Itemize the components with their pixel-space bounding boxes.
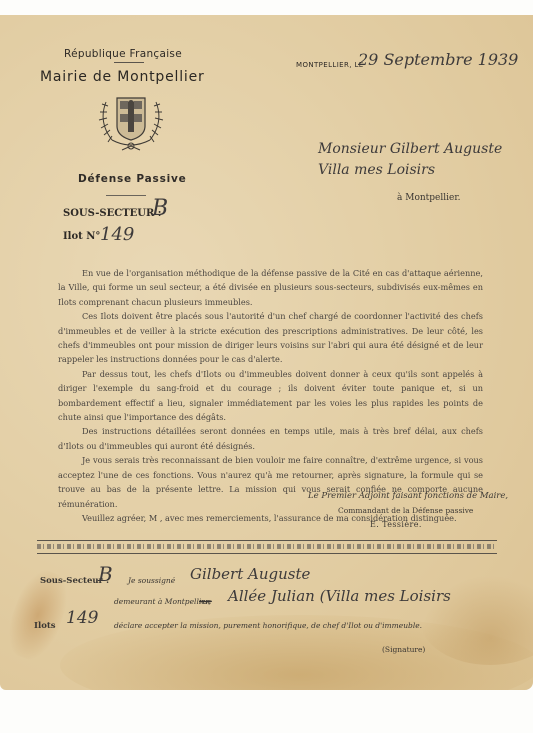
form-je-soussigne: Je soussigné xyxy=(128,576,175,585)
dateline-value: 29 Septembre 1939 xyxy=(358,50,518,69)
paragraph: Des instructions détaillées seront donné… xyxy=(58,424,483,453)
recipient-city: à Montpellier. xyxy=(397,193,461,203)
ilot-value: 149 xyxy=(100,224,134,245)
form-signature-label: (Signature) xyxy=(382,645,425,654)
recipient-address: Villa mes Loisirs xyxy=(318,162,435,178)
dateline-label: MONTPELLIER, LE xyxy=(296,61,364,69)
republic-heading: République Française xyxy=(64,48,182,60)
form-ilots-value: 149 xyxy=(66,608,98,628)
divider-line xyxy=(37,553,497,554)
recipient-name: Monsieur Gilbert Auguste xyxy=(318,141,502,157)
paragraph: En vue de l'organisation méthodique de l… xyxy=(58,266,483,309)
divider-chain xyxy=(37,544,497,549)
department-heading: Défense Passive xyxy=(78,173,187,185)
sous-secteur-value: B xyxy=(152,196,168,221)
form-declaration: déclare accepter la mission, purement ho… xyxy=(114,621,422,630)
divider-line xyxy=(37,540,497,541)
coat-of-arms-icon xyxy=(92,92,170,156)
signatory-name: E. Tessière. xyxy=(370,520,422,529)
signatory-title: Le Premier Adjoint faisant fonctions de … xyxy=(308,491,508,501)
form-rue-struck: rue xyxy=(199,597,212,606)
paragraph: Ces Ilots doivent être placés sous l'aut… xyxy=(58,309,483,367)
heading-rule xyxy=(106,195,146,196)
sous-secteur-label: SOUS-SECTEUR : xyxy=(63,208,161,219)
heading-rule xyxy=(114,62,144,63)
signatory-role: Commandant de la Défense passive xyxy=(338,506,473,515)
form-name-value: Gilbert Auguste xyxy=(190,565,310,583)
ilot-label: Ilot N° xyxy=(63,231,100,242)
ornamental-divider xyxy=(37,540,497,554)
letter-body: En vue de l'organisation méthodique de l… xyxy=(58,266,483,525)
paragraph: Je vous serais très reconnaissant de bie… xyxy=(58,453,483,511)
paragraph: Par dessus tout, les chefs d'Ilots ou d'… xyxy=(58,367,483,425)
form-ilots-label: Ilots xyxy=(34,621,56,631)
form-demeurant-label: demeurant à Montpellier, xyxy=(114,597,211,606)
form-sous-secteur-value: B xyxy=(98,562,113,586)
mairie-heading: Mairie de Montpellier xyxy=(40,69,205,85)
form-address-value: Allée Julian (Villa mes Loisirs xyxy=(228,587,451,605)
